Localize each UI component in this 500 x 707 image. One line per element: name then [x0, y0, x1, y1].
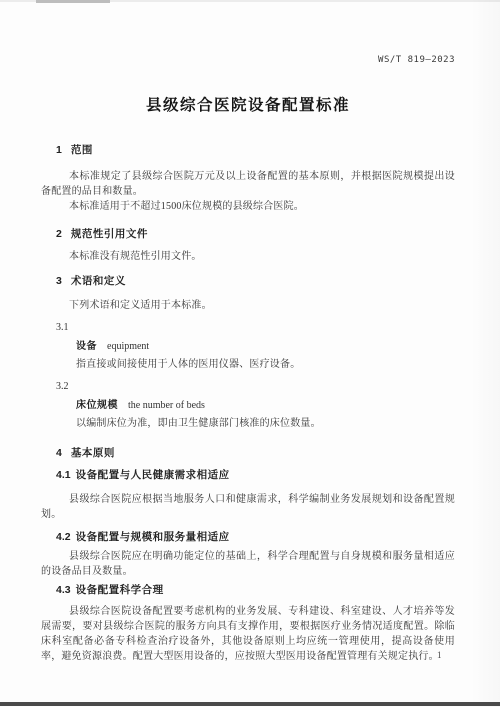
- section-4-3-title: 设备配置科学合理: [76, 584, 164, 596]
- section-1-paragraph-1: 本标准规定了县级综合医院万元及以上设备配置的基本原则，并根据医院规模提出设备配置…: [41, 169, 455, 199]
- page-content: WS/T 819—2023 县级综合医院设备配置标准 1范围 本标准规定了县级综…: [0, 52, 500, 664]
- term-3-1-number: 3.1: [41, 320, 455, 335]
- document-title: 县级综合医院设备配置标准: [41, 95, 455, 117]
- section-1-number: 1: [56, 144, 62, 156]
- section-2-title: 规范性引用文件: [71, 228, 148, 240]
- section-3-heading: 3术语和定义: [41, 274, 455, 289]
- section-4-number: 4: [56, 447, 62, 459]
- scan-bottom-edge: [0, 702, 500, 706]
- section-3-number: 3: [56, 275, 62, 287]
- section-1-paragraph-2: 本标准适用于不超过1500床位规模的县级综合医院。: [41, 199, 455, 214]
- section-4-3-paragraph: 县级综合医院设备配置要考虑机构的业务发展、专科建设、科室建设、人才培养等发展需要…: [41, 604, 455, 664]
- document-page: WS/T 819—2023 县级综合医院设备配置标准 1范围 本标准规定了县级综…: [0, 0, 500, 707]
- standard-number: WS/T 819—2023: [378, 55, 455, 65]
- term-3-2-definition: 以编制床位为准，即由卫生健康部门核准的床位数量。: [41, 416, 455, 431]
- section-1-title: 范围: [71, 144, 93, 156]
- scan-top-edge-dash: [36, 0, 110, 3]
- term-3-1-chinese: 设备: [76, 341, 97, 352]
- term-3-1-line: 设备equipment: [41, 339, 455, 354]
- term-3-2-english: the number of beds: [128, 400, 205, 411]
- section-4-2-number: 4.2: [56, 531, 71, 543]
- term-3-2-chinese: 床位规模: [76, 400, 118, 411]
- section-4-2-title: 设备配置与规模和服务量相适应: [76, 531, 230, 543]
- page-number: 1: [437, 649, 442, 661]
- page-header: WS/T 819—2023: [41, 52, 455, 66]
- term-3-1-english: equipment: [107, 341, 149, 352]
- section-4-1-heading: 4.1设备配置与人民健康需求相适应: [41, 468, 455, 483]
- term-3-1-definition: 指直接或间接使用于人体的医用仪器、医疗设备。: [41, 357, 455, 372]
- section-2-heading: 2规范性引用文件: [41, 227, 455, 242]
- section-4-2-paragraph: 县级综合医院应在明确功能定位的基础上，科学合理配置与自身规模和服务量相适应的设备…: [41, 549, 455, 579]
- section-4-heading: 4基本原则: [41, 446, 455, 461]
- section-3-paragraph-1: 下列术语和定义适用于本标准。: [41, 298, 455, 313]
- section-4-3-number: 4.3: [56, 584, 71, 596]
- section-4-2-heading: 4.2设备配置与规模和服务量相适应: [41, 530, 455, 545]
- term-3-2-number: 3.2: [41, 379, 455, 394]
- term-3-2-line: 床位规模the number of beds: [41, 398, 455, 413]
- section-4-1-paragraph: 县级综合医院应根据当地服务人口和健康需求，科学编制业务发展规划和设备配置规划。: [41, 492, 455, 522]
- section-4-1-number: 4.1: [56, 469, 71, 481]
- section-2-number: 2: [56, 228, 62, 240]
- section-4-3-heading: 4.3设备配置科学合理: [41, 583, 455, 598]
- section-4-title: 基本原则: [71, 447, 115, 459]
- section-4-1-title: 设备配置与人民健康需求相适应: [76, 469, 230, 481]
- section-1-heading: 1范围: [41, 143, 455, 158]
- section-3-title: 术语和定义: [71, 275, 126, 287]
- section-2-paragraph-1: 本标准没有规范性引用文件。: [41, 249, 455, 264]
